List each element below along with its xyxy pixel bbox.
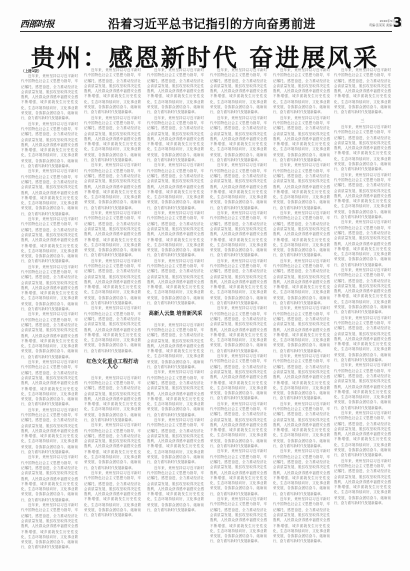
masthead: 西部时报 沿着习近平总书记指引的方向奋勇前进 2020年5月21日 责编:张某某… [20,17,392,32]
column-6: 近年来，贵州坚持以习近平新时代中国特色社会主义思想为指导，牢记嘱托、感恩奋进，全… [334,68,391,558]
paragraph: 近年来，贵州坚持以习近平新时代中国特色社会主义思想为指导，牢记嘱托、感恩奋进，全… [147,211,204,259]
paragraph: 近年来，贵州坚持以习近平新时代中国特色社会主义思想为指导，牢记嘱托、感恩奋进，全… [334,173,391,221]
paragraph: 近年来，贵州坚持以习近平新时代中国特色社会主义思想为指导，牢记嘱托、感恩奋进，全… [334,125,391,173]
paragraph: 近年来，贵州坚持以习近平新时代中国特色社会主义思想为指导，牢记嘱托、感恩奋进，全… [273,497,330,545]
paragraph: 近年来，贵州坚持以习近平新时代中国特色社会主义思想为指导，牢记嘱托、感恩奋进，全… [210,402,267,450]
paragraph: 近年来，贵州坚持以习近平新时代中国特色社会主义思想为指导，牢记嘱托、感恩奋进，全… [84,163,141,211]
section-slogan: 沿着习近平总书记指引的方向奋勇前进 [108,15,315,32]
column-4: 近年来，贵州坚持以习近平新时代中国特色社会主义思想为指导，牢记嘱托、感恩奋进，全… [210,68,267,558]
paragraph: 近年来，贵州坚持以习近平新时代中国特色社会主义思想为指导，牢记嘱托、感恩奋进，全… [210,306,267,354]
paragraph: 近年来，贵州坚持以习近平新时代中国特色社会主义思想为指导，牢记嘱托、感恩奋进，全… [21,408,78,456]
paragraph: 近年来，贵州坚持以习近平新时代中国特色社会主义思想为指导，牢记嘱托、感恩奋进，全… [210,163,267,211]
paragraph: 近年来，贵州坚持以习近平新时代中国特色社会主义思想为指导，牢记嘱托、感恩奋进，全… [21,265,78,313]
newspaper-logo: 西部时报 [20,17,54,30]
paragraph: 近年来，贵州坚持以习近平新时代中国特色社会主义思想为指导，牢记嘱托、感恩奋进，全… [273,116,330,164]
paragraph: 近年来，贵州坚持以习近平新时代中国特色社会主义思想为指导，牢记嘱托、感恩奋进，全… [84,116,141,164]
paragraph: 近年来，贵州坚持以习近平新时代中国特色社会主义思想为指导，牢记嘱托、感恩奋进，全… [273,68,330,116]
section-marker: 三 [334,118,391,123]
paragraph: 近年来，贵州坚持以习近平新时代中国特色社会主义思想为指导，牢记嘱托、感恩奋进，全… [21,455,78,503]
paragraph: 近年来，贵州坚持以习近平新时代中国特色社会主义思想为指导，牢记嘱托、感恩奋进，全… [84,68,141,116]
paragraph: 近年来，贵州坚持以习近平新时代中国特色社会主义思想为指导，牢记嘱托、感恩奋进，全… [21,217,78,265]
paragraph: 近年来，贵州坚持以习近平新时代中国特色社会主义思想为指导，牢记嘱托、感恩奋进，全… [210,497,267,545]
paragraph: 近年来，贵州坚持以习近平新时代中国特色社会主义思想为指导，牢记嘱托、感恩奋进，全… [273,306,330,354]
paragraph: 近年来，贵州坚持以习近平新时代中国特色社会主义思想为指导，牢记嘱托、感恩奋进，全… [84,471,141,519]
paragraph: 近年来，贵州坚持以习近平新时代中国特色社会主义思想为指导，牢记嘱托、感恩奋进，全… [21,360,78,408]
paragraph: 近年来，贵州坚持以习近平新时代中国特色社会主义思想为指导，牢记嘱托、感恩奋进，全… [273,163,330,211]
paragraph: 近年来，贵州坚持以习近平新时代中国特色社会主义思想为指导，牢记嘱托、感恩奋进，全… [273,211,330,259]
paragraph: 近年来，贵州坚持以习近平新时代中国特色社会主义思想为指导，牢记嘱托、感恩奋进，全… [84,423,141,471]
column-3: 近年来，贵州坚持以习近平新时代中国特色社会主义思想为指导，牢记嘱托、感恩奋进，全… [147,68,204,558]
paragraph: 近年来，贵州坚持以习近平新时代中国特色社会主义思想为指导，牢记嘱托、感恩奋进，全… [147,163,204,211]
paragraph: 近年来，贵州坚持以习近平新时代中国特色社会主义思想为指导，牢记嘱托、感恩奋进，全… [147,68,204,116]
paragraph: 近年来，贵州坚持以习近平新时代中国特色社会主义思想为指导，牢记嘱托、感恩奋进，全… [210,68,267,116]
paragraph: 近年来，贵州坚持以习近平新时代中国特色社会主义思想为指导，牢记嘱托、感恩奋进，全… [273,354,330,402]
paragraph: 近年来，贵州坚持以习近平新时代中国特色社会主义思想为指导，牢记嘱托、感恩奋进，全… [334,268,391,316]
subhead-talent: 高新人云集 培育新风采 [147,312,204,317]
column-2: 近年来，贵州坚持以习近平新时代中国特色社会主义思想为指导，牢记嘱托、感恩奋进，全… [84,68,141,558]
paragraph: 近年来，贵州坚持以习近平新时代中国特色社会主义思想为指导，牢记嘱托、感恩奋进，全… [147,370,204,418]
paragraph: 近年来，贵州坚持以习近平新时代中国特色社会主义思想为指导，牢记嘱托、感恩奋进，全… [84,306,141,354]
paragraph: 近年来，贵州坚持以习近平新时代中国特色社会主义思想为指导，牢记嘱托、感恩奋进，全… [273,402,330,450]
paragraph: 近年来，贵州坚持以习近平新时代中国特色社会主义思想为指导，牢记嘱托、感恩奋进，全… [334,220,391,268]
paragraph: 近年来，贵州坚持以习近平新时代中国特色社会主义思想为指导，牢记嘱托、感恩奋进，全… [147,323,204,371]
paragraph: 近年来，贵州坚持以习近平新时代中国特色社会主义思想为指导，牢记嘱托、感恩奋进，全… [334,316,391,364]
column-5: 近年来，贵州坚持以习近平新时代中国特色社会主义思想为指导，牢记嘱托、感恩奋进，全… [273,68,330,558]
paragraph: 近年来，贵州坚持以习近平新时代中国特色社会主义思想为指导，牢记嘱托、感恩奋进，全… [210,211,267,259]
paragraph: 近年来，贵州坚持以习近平新时代中国特色社会主义思想为指导，牢记嘱托、感恩奋进，全… [84,259,141,307]
paragraph: 近年来，贵州坚持以习近平新时代中国特色社会主义思想为指导，牢记嘱托、感恩奋进，全… [334,459,391,507]
paragraph: 近年来，贵州坚持以习近平新时代中国特色社会主义思想为指导，牢记嘱托、感恩奋进，全… [334,68,391,116]
page-number: 3 [393,16,402,31]
paragraph: 近年来，贵州坚持以习近平新时代中国特色社会主义思想为指导，牢记嘱托、感恩奋进，全… [147,259,204,307]
paragraph: 近年来，贵州坚持以习近平新时代中国特色社会主义思想为指导，牢记嘱托、感恩奋进，全… [210,116,267,164]
paragraph: 近年来，贵州坚持以习近平新时代中国特色社会主义思想为指导，牢记嘱托、感恩奋进，全… [21,503,78,551]
paragraph: 近年来，贵州坚持以习近平新时代中国特色社会主义思想为指导，牢记嘱托、感恩奋进，全… [147,418,204,466]
newspaper-page: 西部时报 沿着习近平总书记指引的方向奋勇前进 2020年5月21日 责编:张某某… [0,0,410,571]
article-columns: （上接1版） 近年来，贵州坚持以习近平新时代中国特色社会主义思想为指导，牢记嘱托… [21,68,391,558]
paragraph: 近年来，贵州坚持以习近平新时代中国特色社会主义思想为指导，牢记嘱托、感恩奋进，全… [210,449,267,497]
paragraph: 近年来，贵州坚持以习近平新时代中国特色社会主义思想为指导，牢记嘱托、感恩奋进，全… [147,466,204,514]
paragraph: 近年来，贵州坚持以习近平新时代中国特色社会主义思想为指导，牢记嘱托、感恩奋进，全… [84,376,141,424]
paragraph: 近年来，贵州坚持以习近平新时代中国特色社会主义思想为指导，牢记嘱托、感恩奋进，全… [21,122,78,170]
paragraph: 近年来，贵州坚持以习近平新时代中国特色社会主义思想为指导，牢记嘱托、感恩奋进，全… [210,354,267,402]
paragraph: 近年来，贵州坚持以习近平新时代中国特色社会主义思想为指导，牢记嘱托、感恩奋进，全… [21,312,78,360]
paragraph: 近年来，贵州坚持以习近平新时代中国特色社会主义思想为指导，牢记嘱托、感恩奋进，全… [21,169,78,217]
paragraph: 近年来，贵州坚持以习近平新时代中国特色社会主义思想为指导，牢记嘱托、感恩奋进，全… [147,116,204,164]
paragraph: 近年来，贵州坚持以习近平新时代中国特色社会主义思想为指导，牢记嘱托、感恩奋进，全… [334,411,391,459]
subhead-red-culture: 红色文化重点工程打动人心 [84,360,141,371]
paragraph: 近年来，贵州坚持以习近平新时代中国特色社会主义思想为指导，牢记嘱托、感恩奋进，全… [273,449,330,497]
column-1: （上接1版） 近年来，贵州坚持以习近平新时代中国特色社会主义思想为指导，牢记嘱托… [21,68,78,558]
paragraph: 近年来，贵州坚持以习近平新时代中国特色社会主义思想为指导，牢记嘱托、感恩奋进，全… [84,211,141,259]
paragraph: 近年来，贵州坚持以习近平新时代中国特色社会主义思想为指导，牢记嘱托、感恩奋进，全… [21,74,78,122]
paragraph: 近年来，贵州坚持以习近平新时代中国特色社会主义思想为指导，牢记嘱托、感恩奋进，全… [210,259,267,307]
paragraph: 近年来，贵州坚持以习近平新时代中国特色社会主义思想为指导，牢记嘱托、感恩奋进，全… [273,259,330,307]
paragraph: 近年来，贵州坚持以习近平新时代中国特色社会主义思想为指导，牢记嘱托、感恩奋进，全… [334,363,391,411]
